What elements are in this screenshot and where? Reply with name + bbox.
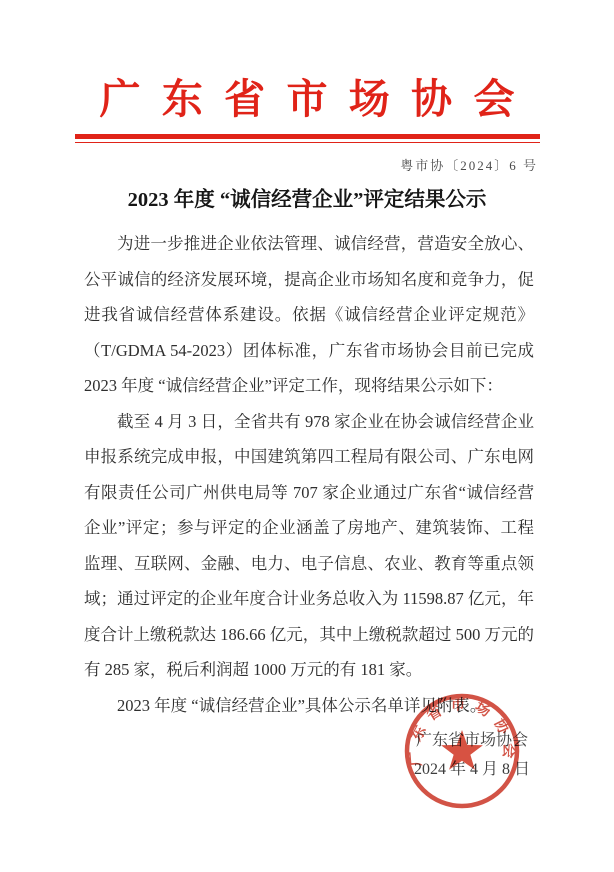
document-body: 为进一步推进企业依法管理、诚信经营，营造安全放心、公平诚信的经济发展环境，提高企… [84,226,534,723]
document-title: 2023 年度 “诚信经营企业”评定结果公示 [0,182,614,212]
paragraph-2: 截至 4 月 3 日，全省共有 978 家企业在协会诚信经营企业申报系统完成申报… [84,404,534,688]
document-number: 粤市协〔2024〕6 号 [400,155,538,174]
header-divider [75,134,540,143]
paragraph-3: 2023 年度 “诚信经营企业”具体公示名单详见附表。 [84,688,534,724]
paragraph-1: 为进一步推进企业依法管理、诚信经营，营造安全放心、公平诚信的经济发展环境，提高企… [84,226,534,404]
signature-organization: 广东省市场协会 [392,726,552,755]
header-divider-thick-line [75,134,540,139]
header-divider-thin-line [75,142,540,144]
document-page: 广东省市场协会 粤市协〔2024〕6 号 2023 年度 “诚信经营企业”评定结… [0,0,614,872]
signature-block: 广东省市场协会 2024 年 4 月 8 日 [392,726,552,784]
signature-date: 2024 年 4 月 8 日 [392,755,552,784]
organization-header-title: 广东省市场协会 [0,66,614,125]
